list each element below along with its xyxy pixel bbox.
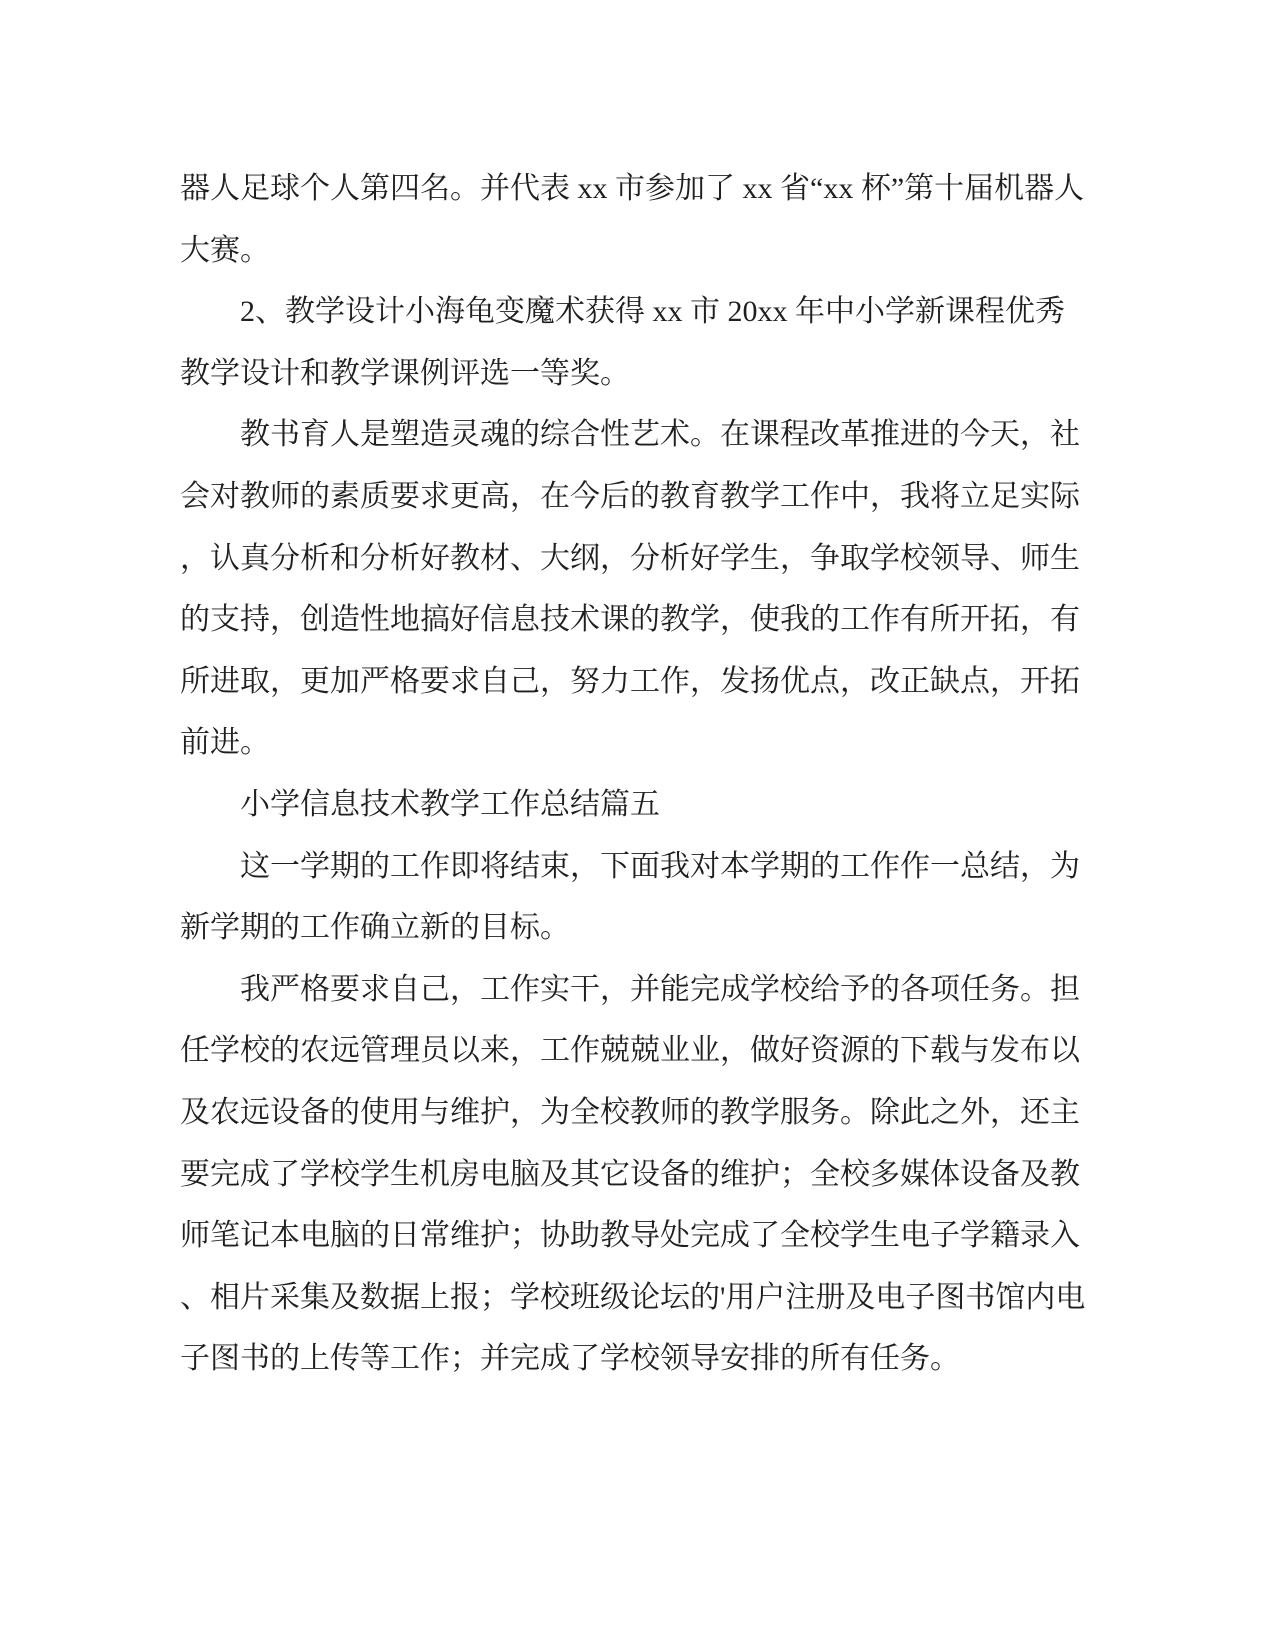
text-line: 大赛。 (180, 220, 1100, 282)
text-line: 新学期的工作确立新的目标。 (180, 897, 1100, 959)
paragraph: 我严格要求自己，工作实干，并能完成学校给予的各项任务。担任学校的农远管理员以来，… (180, 959, 1100, 1390)
text-line: 这一学期的工作即将结束，下面我对本学期的工作作一总结，为 (180, 836, 1100, 898)
text-line: 前进。 (180, 712, 1100, 774)
text-line: 教书育人是塑造灵魂的综合性艺术。在课程改革推进的今天，社 (180, 404, 1100, 466)
text-line: 子图书的上传等工作；并完成了学校领导安排的所有任务。 (180, 1328, 1100, 1390)
document-page: 器人足球个人第四名。并代表 xx 市参加了 xx 省“xx 杯”第十届机器人大赛… (0, 0, 1275, 1650)
paragraph: 小学信息技术教学工作总结篇五 (180, 774, 1100, 836)
text-line: 要完成了学校学生机房电脑及其它设备的维护；全校多媒体设备及教 (180, 1144, 1100, 1206)
text-line: 会对教师的素质要求更高，在今后的教育教学工作中，我将立足实际 (180, 466, 1100, 528)
text-line: 小学信息技术教学工作总结篇五 (180, 774, 1100, 836)
text-line: 的支持，创造性地搞好信息技术课的教学，使我的工作有所开拓，有 (180, 589, 1100, 651)
text-line: 及农远设备的使用与维护，为全校教师的教学服务。除此之外，还主 (180, 1082, 1100, 1144)
text-line: 所进取，更加严格要求自己，努力工作，发扬优点，改正缺点，开拓 (180, 651, 1100, 713)
text-line: 任学校的农远管理员以来，工作兢兢业业，做好资源的下载与发布以 (180, 1020, 1100, 1082)
text-line: 师笔记本电脑的日常维护；协助教导处完成了全校学生电子学籍录入 (180, 1205, 1100, 1267)
text-line: 器人足球个人第四名。并代表 xx 市参加了 xx 省“xx 杯”第十届机器人 (180, 158, 1100, 220)
paragraph: 器人足球个人第四名。并代表 xx 市参加了 xx 省“xx 杯”第十届机器人大赛… (180, 158, 1100, 281)
paragraph: 教书育人是塑造灵魂的综合性艺术。在课程改革推进的今天，社会对教师的素质要求更高，… (180, 404, 1100, 774)
document-body: 器人足球个人第四名。并代表 xx 市参加了 xx 省“xx 杯”第十届机器人大赛… (180, 158, 1100, 1390)
paragraph: 这一学期的工作即将结束，下面我对本学期的工作作一总结，为新学期的工作确立新的目标… (180, 836, 1100, 959)
text-line: 2、教学设计小海龟变魔术获得 xx 市 20xx 年中小学新课程优秀 (180, 281, 1100, 343)
text-line: ，认真分析和分析好教材、大纲，分析好学生，争取学校领导、师生 (180, 528, 1100, 590)
text-line: 、相片采集及数据上报；学校班级论坛的'用户注册及电子图书馆内电 (180, 1267, 1100, 1329)
text-line: 我严格要求自己，工作实干，并能完成学校给予的各项任务。担 (180, 959, 1100, 1021)
paragraph: 2、教学设计小海龟变魔术获得 xx 市 20xx 年中小学新课程优秀教学设计和教… (180, 281, 1100, 404)
text-line: 教学设计和教学课例评选一等奖。 (180, 343, 1100, 405)
